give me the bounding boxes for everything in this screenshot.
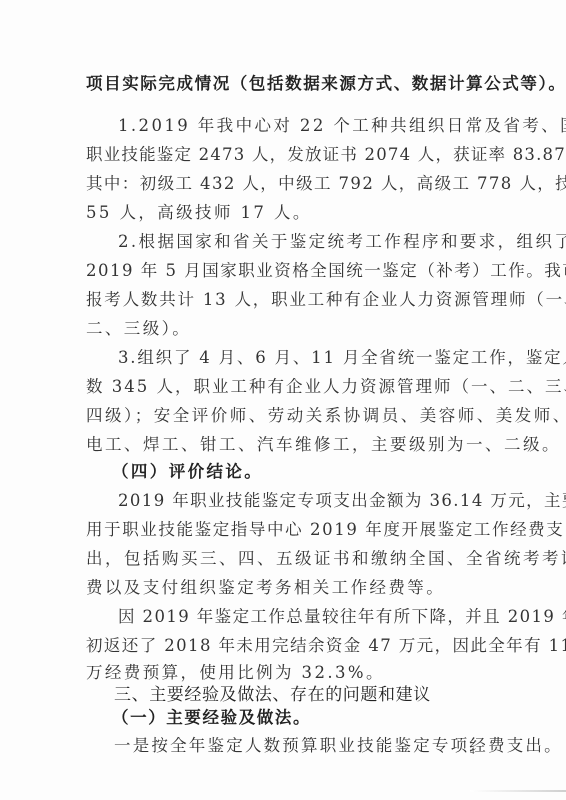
item-3-line-3: 四级）；安全评价师、劳动关系协调员、美容师、美发师、 (86, 405, 486, 427)
scan-edge-shadow (470, 790, 566, 792)
evaluation-para-2-line-1: 因 2019 年鉴定工作总量较往年有所下降，并且 2019 年 (118, 606, 488, 628)
subsection-heading-main-experience: （一）主要经验及做法。 (112, 707, 512, 729)
evaluation-para-1-line-4: 费以及支付组织鉴定考务相关工作经费等。 (86, 577, 486, 599)
item-1-line-4: 55 人，高级技师 17 人。 (86, 202, 486, 224)
item-3-line-2: 数 345 人，职业工种有企业人力资源管理师（一、二、三、 (86, 376, 486, 398)
item-2-line-1: 2.根据国家和省关于鉴定统考工作程序和要求，组织了 (118, 231, 488, 253)
section-heading-evaluation: （四）评价结论。 (112, 461, 512, 483)
evaluation-para-1-line-2: 用于职业技能鉴定指导中心 2019 年度开展鉴定工作经费支 (86, 519, 486, 541)
item-2-line-2: 2019 年 5 月国家职业资格全国统一鉴定（补考）工作。我市 (86, 260, 486, 282)
evaluation-para-2-line-2: 初返还了 2018 年未用完结余资金 47 万元，因此全年有 112 (86, 635, 486, 657)
item-3-line-4: 电工、焊工、钳工、汽车维修工，主要级别为一、二级。 (86, 434, 486, 456)
item-1-line-2: 职业技能鉴定 2473 人，发放证书 2074 人，获证率 83.87%。 (86, 144, 486, 166)
experience-para-1-line-1: 一是按全年鉴定人数预算职业技能鉴定专项经费支出。 (114, 735, 484, 757)
section-heading-experience: 三、主要经验及做法、存在的问题和建议 (114, 684, 484, 706)
document-page: 项目实际完成情况（包括数据来源方式、数据计算公式等）。 1.2019 年我中心对… (0, 0, 566, 800)
item-2-line-3: 报考人数共计 13 人，职业工种有企业人力资源管理师（一、 (86, 289, 486, 311)
evaluation-para-1-line-3: 出，包括购买三、四、五级证书和缴纳全国、全省统考考试 (86, 548, 486, 570)
paragraph-heading-line: 项目实际完成情况（包括数据来源方式、数据计算公式等）。 (86, 73, 486, 95)
evaluation-para-2-line-3: 万经费预算，使用比例为 32.3%。 (86, 662, 486, 684)
page-number: 4 (470, 746, 475, 756)
item-1-line-3: 其中：初级工 432 人，中级工 792 人，高级工 778 人，技师 (86, 173, 486, 195)
item-3-line-1: 3.组织了 4 月、6 月、11 月全省统一鉴定工作，鉴定人 (118, 347, 488, 369)
item-1-line-1: 1.2019 年我中心对 22 个工种共组织日常及省考、国考 (118, 115, 488, 137)
evaluation-para-1-line-1: 2019 年职业技能鉴定专项支出金额为 36.14 万元，主要 (118, 490, 488, 512)
item-2-line-4: 二、三级）。 (86, 318, 486, 340)
